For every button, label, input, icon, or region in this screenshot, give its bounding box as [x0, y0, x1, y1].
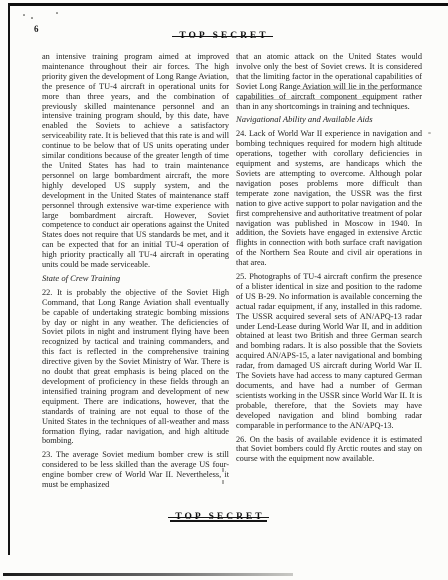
classification-footer: TOP SECRET	[0, 506, 448, 524]
scan-artifact	[31, 17, 33, 19]
scan-border-left	[8, 3, 10, 555]
top-secret-stamp-bottom: TOP SECRET	[175, 512, 264, 522]
scan-border-top	[8, 3, 448, 6]
top-secret-stamp-top: TOP SECRET	[179, 31, 268, 41]
left-column: an intensive training program aimed at i…	[42, 52, 229, 494]
paragraph-26: 26. On the basis of available evidence i…	[236, 435, 422, 465]
scan-border-bottom	[3, 573, 293, 576]
scanned-document-page: 6 TOP SECRET an intensive training progr…	[0, 0, 448, 580]
section-heading-crew-training: State of Crew Training	[42, 274, 229, 284]
classification-header: TOP SECRET	[0, 25, 448, 43]
scan-artifact	[428, 132, 431, 134]
paragraph-24: 24. Lack of World War II experience in n…	[236, 129, 422, 268]
paragraph-23: 23. The average Soviet medium bomber cre…	[42, 450, 229, 490]
section-heading-navigational-aids: Navigational Ability and Available Aids	[236, 115, 422, 125]
paragraph-22: 22. It is probably the objective of the …	[42, 288, 229, 447]
scan-artifact	[23, 14, 25, 16]
paragraph-continued-right: that an atomic attack on the United Stat…	[236, 52, 422, 111]
right-column: that an atomic attack on the United Stat…	[236, 52, 422, 468]
scan-artifact	[56, 12, 58, 14]
paragraph-25: 25. Photographs of TU-4 aircraft confirm…	[236, 272, 422, 431]
paragraph-continued-left: an intensive training program aimed at i…	[42, 52, 229, 270]
